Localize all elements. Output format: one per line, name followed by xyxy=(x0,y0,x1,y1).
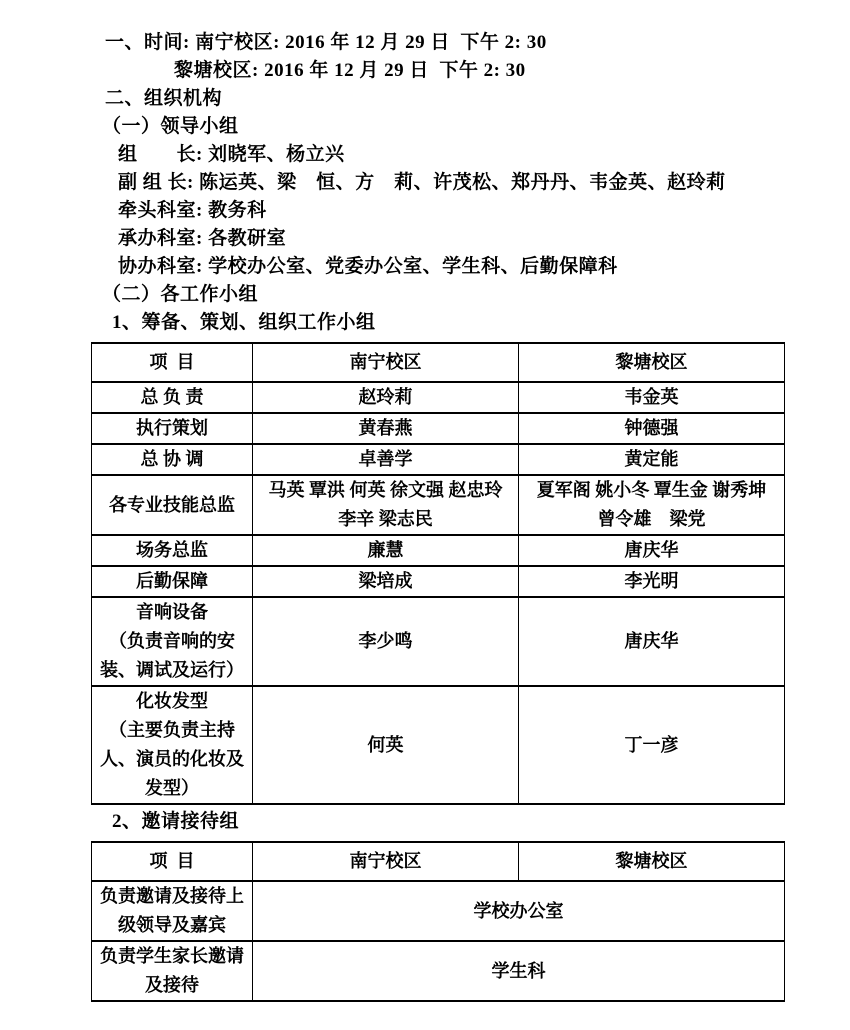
table-row: 场务总监 廉慧 唐庆华 xyxy=(92,535,785,566)
document-content: 一、时间: 南宁校区: 2016 年 12 月 29 日 下午 2: 30 黎塘… xyxy=(0,0,785,1002)
table-row: 负责邀请及接待上 级领导及嘉宾 学校办公室 xyxy=(92,881,785,941)
table-row: 执行策划 黄春燕 钟德强 xyxy=(92,413,785,444)
cell-nanning: 赵玲莉 xyxy=(253,382,519,413)
col-header-litang: 黎塘校区 xyxy=(519,842,785,881)
col-header-item: 项 目 xyxy=(92,842,253,881)
cell-nanning: 李少鸣 xyxy=(253,597,519,686)
heading-group2: 2、邀请接待组 xyxy=(112,808,785,836)
col-header-item: 项 目 xyxy=(92,343,253,382)
cell-litang: 韦金英 xyxy=(519,382,785,413)
col-header-nanning: 南宁校区 xyxy=(253,343,519,382)
table-preparation-group: 项 目 南宁校区 黎塘校区 总 负 责 赵玲莉 韦金英 执行策划 黄春燕 钟德强… xyxy=(91,342,785,805)
table-invitation-group: 项 目 南宁校区 黎塘校区 负责邀请及接待上 级领导及嘉宾 学校办公室 负责学生… xyxy=(91,841,785,1002)
cell-litang: 唐庆华 xyxy=(519,535,785,566)
table-row: 总 负 责 赵玲莉 韦金英 xyxy=(92,382,785,413)
cell-item: 音响设备 （负责音响的安 装、调试及运行） xyxy=(92,597,253,686)
cell-item: 场务总监 xyxy=(92,535,253,566)
cell-litang: 黄定能 xyxy=(519,444,785,475)
line-leader-head: 组 长: 刘晓军、杨立兴 xyxy=(118,141,785,169)
table-row: 各专业技能总监 马英 覃洪 何英 徐文强 赵忠玲 李辛 梁志民 夏军阁 姚小冬 … xyxy=(92,475,785,535)
col-header-nanning: 南宁校区 xyxy=(253,842,519,881)
cell-nanning: 梁培成 xyxy=(253,566,519,597)
cell-nanning: 马英 覃洪 何英 徐文强 赵忠玲 李辛 梁志民 xyxy=(253,475,519,535)
table-row: 总 协 调 卓善学 黄定能 xyxy=(92,444,785,475)
table-row: 化妆发型 （主要负责主持 人、演员的化妆及 发型） 何英 丁一彦 xyxy=(92,686,785,804)
cell-litang: 丁一彦 xyxy=(519,686,785,804)
table-row: 音响设备 （负责音响的安 装、调试及运行） 李少鸣 唐庆华 xyxy=(92,597,785,686)
cell-item: 执行策划 xyxy=(92,413,253,444)
line-co-organizer-department: 协办科室: 学校办公室、党委办公室、学生科、后勤保障科 xyxy=(118,253,785,281)
cell-litang: 唐庆华 xyxy=(519,597,785,686)
cell-nanning: 黄春燕 xyxy=(253,413,519,444)
line-leader-deputy: 副 组 长: 陈运英、梁 恒、方 莉、许茂松、郑丹丹、韦金英、赵玲莉 xyxy=(118,169,785,197)
cell-nanning: 卓善学 xyxy=(253,444,519,475)
cell-merged-value: 学生科 xyxy=(253,941,785,1001)
col-header-litang: 黎塘校区 xyxy=(519,343,785,382)
cell-item: 负责学生家长邀请 及接待 xyxy=(92,941,253,1001)
line-organizer-department: 承办科室: 各教研室 xyxy=(118,225,785,253)
cell-litang: 钟德强 xyxy=(519,413,785,444)
cell-item: 各专业技能总监 xyxy=(92,475,253,535)
cell-nanning: 何英 xyxy=(253,686,519,804)
line-time-litang: 黎塘校区: 2016 年 12 月 29 日 下午 2: 30 xyxy=(174,57,785,85)
cell-merged-value: 学校办公室 xyxy=(253,881,785,941)
cell-item: 后勤保障 xyxy=(92,566,253,597)
cell-nanning: 廉慧 xyxy=(253,535,519,566)
table-row: 负责学生家长邀请 及接待 学生科 xyxy=(92,941,785,1001)
cell-litang: 李光明 xyxy=(519,566,785,597)
cell-litang: 夏军阁 姚小冬 覃生金 谢秀坤 曾令雄 梁党 xyxy=(519,475,785,535)
heading-work-groups: （二）各工作小组 xyxy=(102,281,785,309)
cell-item: 化妆发型 （主要负责主持 人、演员的化妆及 发型） xyxy=(92,686,253,804)
heading-group1: 1、筹备、策划、组织工作小组 xyxy=(112,309,785,337)
document-page: 一、时间: 南宁校区: 2016 年 12 月 29 日 下午 2: 30 黎塘… xyxy=(0,0,850,1030)
heading-organization: 二、组织机构 xyxy=(105,85,785,113)
line-lead-department: 牵头科室: 教务科 xyxy=(118,197,785,225)
table-header-row: 项 目 南宁校区 黎塘校区 xyxy=(92,842,785,881)
table-row: 后勤保障 梁培成 李光明 xyxy=(92,566,785,597)
table-header-row: 项 目 南宁校区 黎塘校区 xyxy=(92,343,785,382)
heading-time: 一、时间: 南宁校区: 2016 年 12 月 29 日 下午 2: 30 xyxy=(105,29,785,57)
cell-item: 总 负 责 xyxy=(92,382,253,413)
cell-item: 总 协 调 xyxy=(92,444,253,475)
cell-item: 负责邀请及接待上 级领导及嘉宾 xyxy=(92,881,253,941)
heading-leader-group: （一）领导小组 xyxy=(102,113,785,141)
